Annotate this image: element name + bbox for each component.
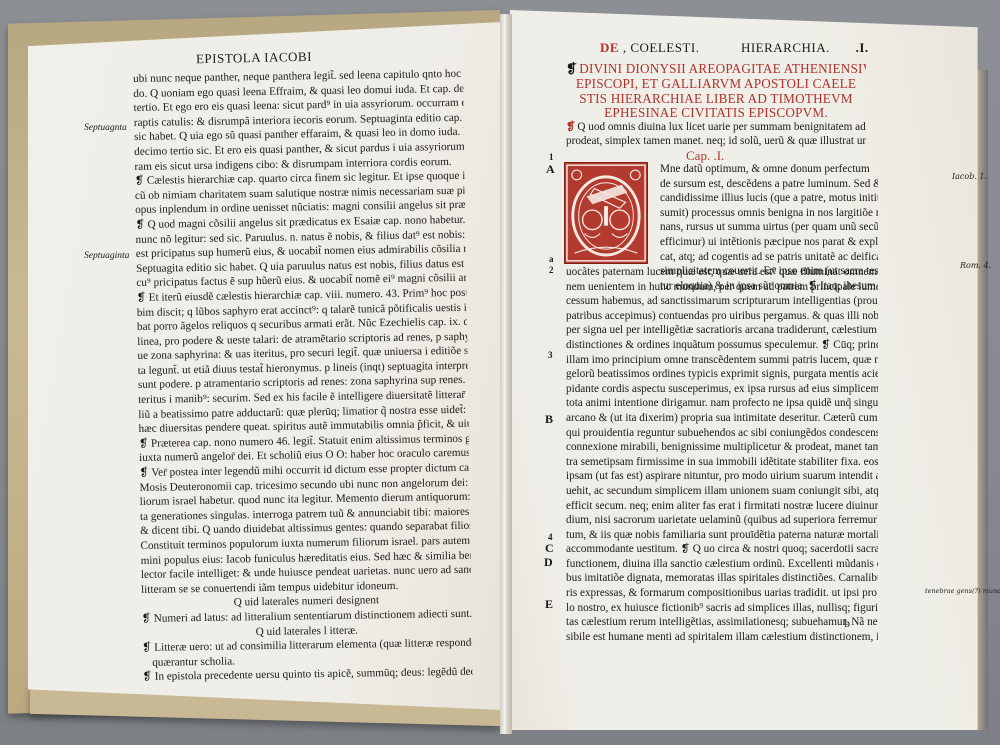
- text-line: distinctiones & ordines inquãtum possum…: [566, 338, 878, 353]
- text-line: tum, & iis quæ nobis familiaria sunt pro…: [566, 528, 878, 543]
- title-line: EPHESINAE CIVITATIS EPISCOPVM.: [566, 106, 866, 121]
- text-line: qui prouidentia reguntur subuehendos ac …: [566, 426, 878, 441]
- book-title: ❡DIVINI DIONYSII AREOPAGITAE ATHENIENSIV…: [566, 62, 866, 121]
- text-line: per signa uel per intelligẽtiæ sacratio…: [566, 323, 878, 338]
- title-line: EPISCOPI, ET GALLIARVM APOSTOLI CAELE: [566, 77, 866, 92]
- text-line: de sursum est, descẽdens a patre luminu…: [660, 177, 878, 192]
- text-line: nans, rursus ut summa uirtus (per quam u…: [660, 220, 878, 235]
- text-line: ipsam (ut fas est) aspirare nituntur, pr…: [566, 469, 878, 484]
- text-line: uocãtes paternam lucem quæ est, quæ uer…: [566, 265, 878, 280]
- text-line: cessum habemus, ad sanctissimarum script…: [566, 294, 878, 309]
- text-line: tra semetipsam firmissime in sua immobil…: [566, 455, 878, 470]
- paragraph-mark-icon: ❡: [566, 121, 575, 133]
- text-line: arcano & (ut ita dixerim) propria sua in…: [566, 411, 878, 426]
- text-line: functionem, diuina illa sanctio cælestiu…: [566, 557, 878, 572]
- running-head-hierarchia: HIERARCHIA.: [741, 40, 830, 55]
- handwritten-note-iacob: Iacob. 1.: [952, 172, 987, 181]
- text-line: tas cælestium rerum intelligẽtias, assi…: [566, 615, 878, 630]
- marker-letter-c: C: [545, 541, 554, 556]
- handwritten-note-bottom: tenebrae gens(?) mundi lumen: [925, 587, 1000, 595]
- margin-note-septuaginta-1: Septuagnta: [84, 123, 127, 133]
- text-line: efficit secum. neq; enim aliter fas erat…: [566, 499, 878, 514]
- text-line: patribus accepimus) contuendas pro uirib…: [566, 309, 878, 324]
- decorated-initial-o: [564, 162, 648, 264]
- text-line: Mne datũ optimum, & omne donum perfectu…: [660, 162, 878, 177]
- text-line: cat, atq; ad cogentis ad se patris unita…: [660, 250, 878, 265]
- text-line: efficimur) ui intẽtionis pæcipue nos pa…: [660, 235, 878, 250]
- marker-number-3: 3: [548, 350, 553, 360]
- summary-line: Q uod omnis diuina lux licet uarie per s…: [577, 121, 866, 133]
- chapter-summary: ❡Q uod omnis diuina lux licet uarie per …: [566, 120, 866, 148]
- margin-note-septuaginta-2: Septuaginta: [84, 251, 129, 261]
- text-line: connexione mirabili, benignissime multip…: [566, 440, 878, 455]
- marker-letter-a-upper: A: [546, 162, 555, 177]
- marker-letter-d: D: [544, 555, 553, 570]
- summary-line: prodeat, simplex tamen manet. neq; id so…: [566, 134, 866, 148]
- paragraph-mark-icon: ❡: [566, 62, 577, 76]
- folio-number: .I.: [856, 40, 869, 56]
- text-line: lo nostro, ex huiusce fictionib⁹ sacris …: [566, 601, 878, 616]
- text-line: nem uenientem in hunc mundum, per quem a…: [566, 280, 878, 295]
- marker-letter-e: E: [545, 597, 553, 612]
- left-body-text: ubi nunc neque panther, neque panthera l…: [133, 67, 473, 685]
- text-line: illam imo principium omne transcẽdentem…: [566, 353, 878, 368]
- left-running-head: EPISTOLA IACOBI: [196, 49, 312, 67]
- signature-mark: b: [844, 616, 850, 631]
- marker-letter-a-lower: a: [549, 254, 554, 264]
- running-head-de: DE: [600, 40, 619, 55]
- title-line: DIVINI DIONYSII AREOPAGITAE ATHENIENSIVM: [579, 62, 866, 76]
- text-line: sibile est humane menti ad spiritalem il…: [566, 630, 878, 645]
- text-line: dium, nisi sacrorum uarietate uelaminũ …: [566, 513, 878, 528]
- right-running-head: DE , COELESTI. HIERARCHIA. .I.: [600, 40, 869, 56]
- marker-letter-b: B: [545, 412, 553, 427]
- marker-number-2: 2: [549, 265, 554, 275]
- right-body-text: uocãtes paternam lucem quæ est, quæ uer…: [566, 265, 878, 644]
- text-line: pidante cordis aspectu susceperimus, ex …: [566, 382, 878, 397]
- title-line: STIS HIERARCHIAE LIBER AD TIMOTHEVM: [566, 92, 866, 107]
- text-line: bus imitatiõe dignata, memoratas illas …: [566, 571, 878, 586]
- text-line: uehit, ac secundum simplicem illam union…: [566, 484, 878, 499]
- text-line: accommodante uestitum. ❡ Q uo circa & no…: [566, 542, 878, 557]
- handwritten-note-rom: Rom. 4.: [960, 261, 991, 270]
- woodcut-initial-icon: [565, 163, 647, 263]
- text-line: ris expressas, & formarum compositionibu…: [566, 586, 878, 601]
- text-line: gelorũ beatissimos ordines typicis expr…: [566, 367, 878, 382]
- running-head-coelesti: , COELESTI.: [623, 40, 700, 55]
- marker-number-1: 1: [549, 152, 554, 162]
- text-line: tota animi intentione dirigamur. nam pro…: [566, 396, 878, 411]
- text-line: sumit) processus omnis benigna in nos la…: [660, 206, 878, 221]
- book-gutter: [500, 14, 512, 734]
- text-line: candidissime illius lucis (que a patre, …: [660, 191, 878, 206]
